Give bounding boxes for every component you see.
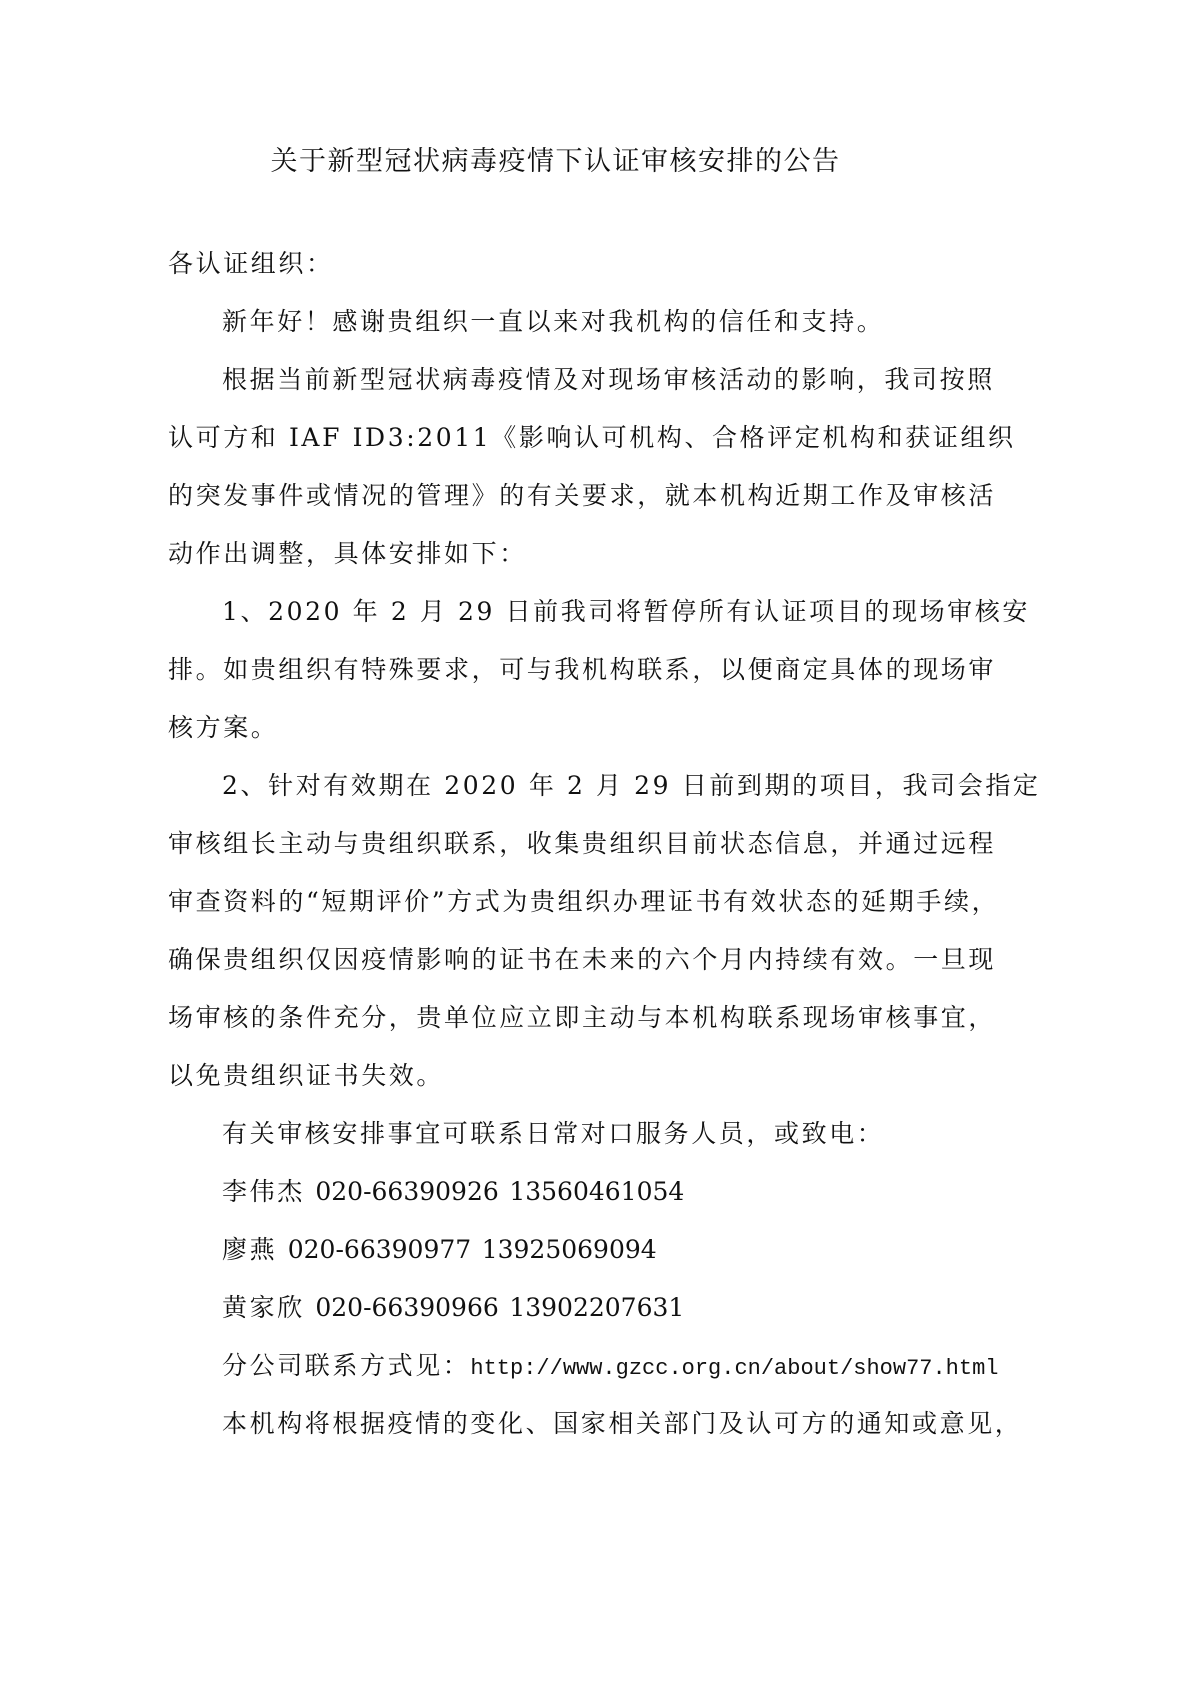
contact-entry: 黄家欣 020-66390966 13902207631 — [222, 1290, 684, 1326]
branch-contact: 分公司联系方式见：http://www.gzcc.org.cn/about/sh… — [222, 1348, 999, 1387]
contact-name: 李伟杰 — [222, 1177, 305, 1206]
paragraph-line: 场审核的条件充分，贵单位应立即主动与本机构联系现场审核事宜， — [168, 1000, 996, 1036]
branch-contact-url[interactable]: http://www.gzcc.org.cn/about/show77.html — [470, 1356, 998, 1381]
contact-phone: 020-66390966 — [315, 1293, 498, 1322]
paragraph-line: 审核组长主动与贵组织联系，收集贵组织目前状态信息，并通过远程 — [168, 826, 996, 862]
paragraph-line: 以免贵组织证书失效。 — [168, 1058, 444, 1094]
salutation: 各认证组织： — [168, 246, 334, 282]
paragraph-line: 确保贵组织仅因疫情影响的证书在未来的六个月内持续有效。一旦现 — [168, 942, 996, 978]
paragraph-line: 根据当前新型冠状病毒疫情及对现场审核活动的影响，我司按照 — [222, 362, 995, 398]
paragraph-line: 认可方和 IAF ID3:2011《影响认可机构、合格评定机构和获证组织 — [168, 420, 1016, 456]
contact-mobile: 13902207631 — [509, 1293, 684, 1322]
paragraph-line: 排。如贵组织有特殊要求，可与我机构联系，以便商定具体的现场审 — [168, 652, 996, 688]
contact-entry: 李伟杰 020-66390926 13560461054 — [222, 1174, 684, 1210]
closing-line: 本机构将根据疫情的变化、国家相关部门及认可方的通知或意见， — [222, 1406, 1022, 1442]
contact-entry: 廖燕 020-66390977 13925069094 — [222, 1232, 657, 1268]
contact-name: 黄家欣 — [222, 1293, 305, 1322]
paragraph-line: 审查资料的“短期评价”方式为贵组织办理证书有效状态的延期手续， — [168, 884, 999, 920]
paragraph-line: 的突发事件或情况的管理》的有关要求，就本机构近期工作及审核活 — [168, 478, 996, 514]
document-title: 关于新型冠状病毒疫情下认证审核安排的公告 — [168, 142, 943, 182]
greeting: 新年好！感谢贵组织一直以来对我机构的信任和支持。 — [222, 304, 884, 340]
contact-intro: 有关审核安排事宜可联系日常对口服务人员，或致电： — [222, 1116, 884, 1152]
branch-contact-label: 分公司联系方式见： — [222, 1351, 470, 1380]
document-page: 关于新型冠状病毒疫情下认证审核安排的公告 各认证组织： 新年好！感谢贵组织一直以… — [0, 0, 1200, 1696]
paragraph-line: 2、针对有效期在 2020 年 2 月 29 日前到期的项目，我司会指定 — [222, 768, 1041, 804]
contact-phone: 020-66390926 — [315, 1177, 498, 1206]
paragraph-line: 1、2020 年 2 月 29 日前我司将暂停所有认证项目的现场审核安 — [222, 594, 1030, 630]
paragraph-line: 核方案。 — [168, 710, 278, 746]
contact-phone: 020-66390977 — [288, 1235, 471, 1264]
contact-mobile: 13560461054 — [509, 1177, 684, 1206]
contact-mobile: 13925069094 — [482, 1235, 657, 1264]
paragraph-line: 动作出调整，具体安排如下： — [168, 536, 527, 572]
contact-name: 廖燕 — [222, 1235, 277, 1264]
